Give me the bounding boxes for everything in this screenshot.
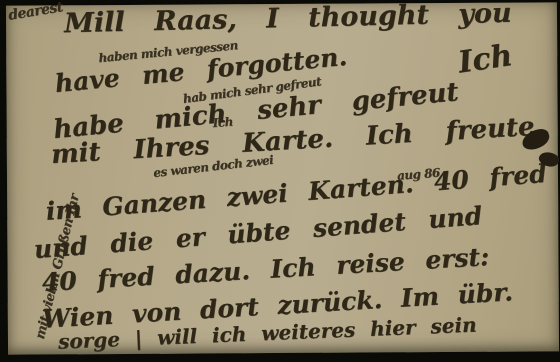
scanned-postcard-photo: dearest Mill Raas, I thought you haben m…	[0, 0, 560, 362]
annotation-dearest: dearest	[7, 0, 63, 23]
handwriting-line-2-end: Ich	[456, 41, 514, 79]
postcard-paper: dearest Mill Raas, I thought you haben m…	[6, 2, 559, 354]
interlinear-annotation: Ich	[212, 116, 233, 129]
handwriting-line-1: Mill Raas, I thought you	[64, 0, 512, 37]
